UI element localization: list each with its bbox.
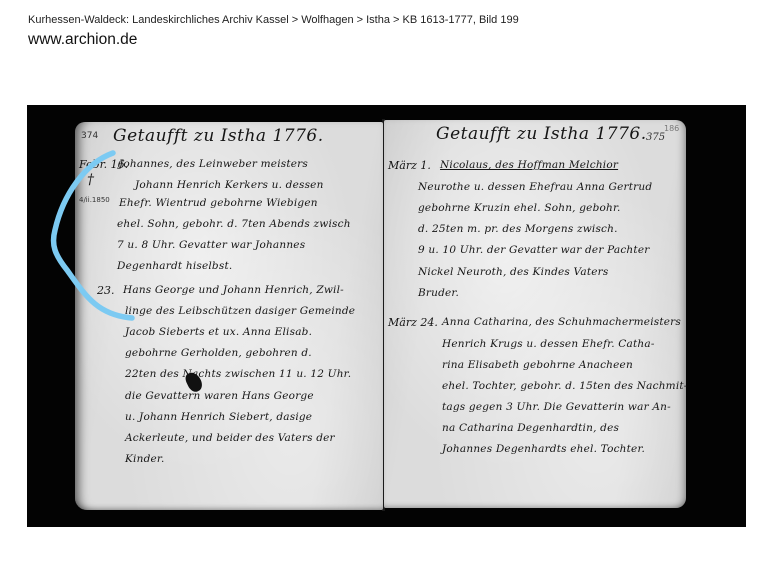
entry-line: Henrich Krugs u. dessen Ehefr. Catha- <box>442 338 655 350</box>
entry-line: ehel. Sohn, gebohr. d. 7ten Abends zwisc… <box>117 218 351 230</box>
entry-line: Kinder. <box>125 453 165 465</box>
entry-line: ehel. Tochter, gebohr. d. 15ten des Nach… <box>442 380 688 392</box>
entry-line: Ackerleute, und beider des Vaters der <box>125 432 335 444</box>
site-url[interactable]: www.archion.de <box>28 31 137 49</box>
entry-line: gebohrne Kruzin ehel. Sohn, gebohr. <box>418 202 621 214</box>
entry-line: Jacob Sieberts et ux. Anna Elisab. <box>125 326 312 338</box>
entry-line: gebohrne Gerholden, gebohren d. <box>125 347 312 359</box>
entry-line: Neurothe u. dessen Ehefrau Anna Gertrud <box>418 181 652 193</box>
entry-line: Johann Henrich Kerkers u. dessen <box>135 179 324 191</box>
breadcrumb: Kurhessen-Waldeck: Landeskirchliches Arc… <box>28 14 519 26</box>
entry-date: 23. <box>97 284 115 297</box>
entry-line: tags gegen 3 Uhr. Die Gevatterin war An- <box>442 401 671 413</box>
entry-line: 22ten des Nachts zwischen 11 u. 12 Uhr. <box>125 368 351 380</box>
archive-stamp: 186 <box>664 124 679 133</box>
page-title: Getaufft zu Istha 1776. <box>113 126 324 146</box>
death-date-note: 4/ii.1850 <box>79 196 110 204</box>
entry-line: rina Elisabeth gebohrne Anacheen <box>442 359 633 371</box>
entry-line: Ehefr. Wientrud gebohrne Wiebigen <box>119 197 318 209</box>
entry-line: die Gevattern waren Hans George <box>125 390 314 402</box>
register-scan-image: 374 Getaufft zu Istha 1776. Febr. 16. Jo… <box>27 105 746 527</box>
entry-line: 7 u. 8 Uhr. Gevatter war Johannes <box>117 239 305 251</box>
left-page: 374 Getaufft zu Istha 1776. Febr. 16. Jo… <box>75 122 383 510</box>
entry-line: Nicolaus, des Hoffman Melchior <box>440 159 618 171</box>
entry-line: d. 25ten m. pr. des Morgens zwisch. <box>418 223 618 235</box>
entry-date: März 24. <box>388 316 438 329</box>
entry-line: na Catharina Degenhardtin, des <box>442 422 619 434</box>
entry-line: 9 u. 10 Uhr. der Gevatter war der Pachte… <box>418 244 649 256</box>
death-cross-icon: † <box>87 172 94 188</box>
page-title: Getaufft zu Istha 1776. <box>436 124 647 144</box>
entry-line: u. Johann Henrich Siebert, dasige <box>125 411 312 423</box>
entry-line: Nickel Neuroth, des Kindes Vaters <box>418 266 608 278</box>
entry-line: Johannes, des Leinweber meisters <box>119 158 308 170</box>
page-number: 375 <box>646 132 665 143</box>
entry-line: linge des Leibschützen dasiger Gemeinde <box>125 305 355 317</box>
right-page: 186 Getaufft zu Istha 1776. 375 März 1. … <box>384 120 686 508</box>
entry-date: März 1. <box>388 159 431 172</box>
entry-line: Anna Catharina, des Schuhmachermeisters <box>442 316 681 328</box>
entry-line: Bruder. <box>418 287 459 299</box>
entry-line: Hans George und Johann Henrich, Zwil- <box>123 284 344 296</box>
entry-line: Degenhardt hiselbst. <box>117 260 232 272</box>
page-number: 374 <box>81 131 98 141</box>
entry-line: Johannes Degenhardts ehel. Tochter. <box>442 443 645 455</box>
